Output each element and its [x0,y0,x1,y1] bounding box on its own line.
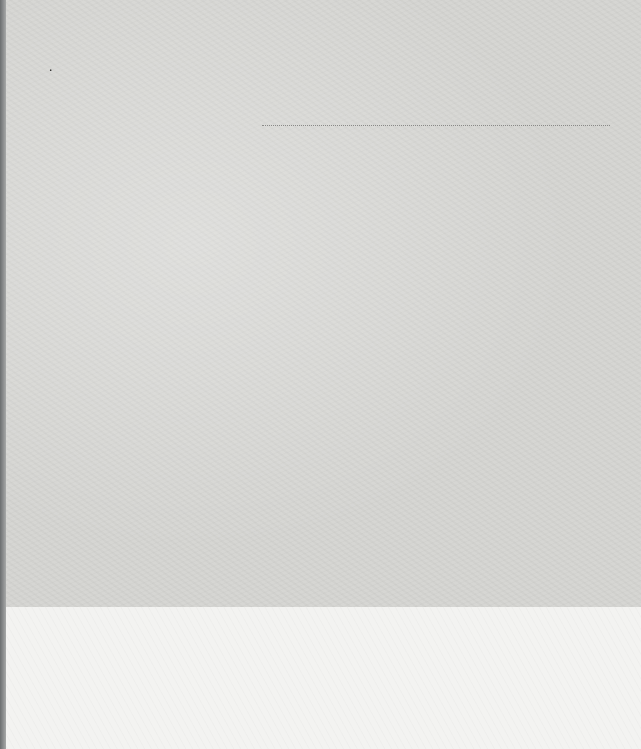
scan-edge [0,0,6,749]
fill-line [262,125,610,126]
signature-area [0,607,641,749]
printed-form-area [0,0,641,607]
printed-line: . [49,59,52,75]
